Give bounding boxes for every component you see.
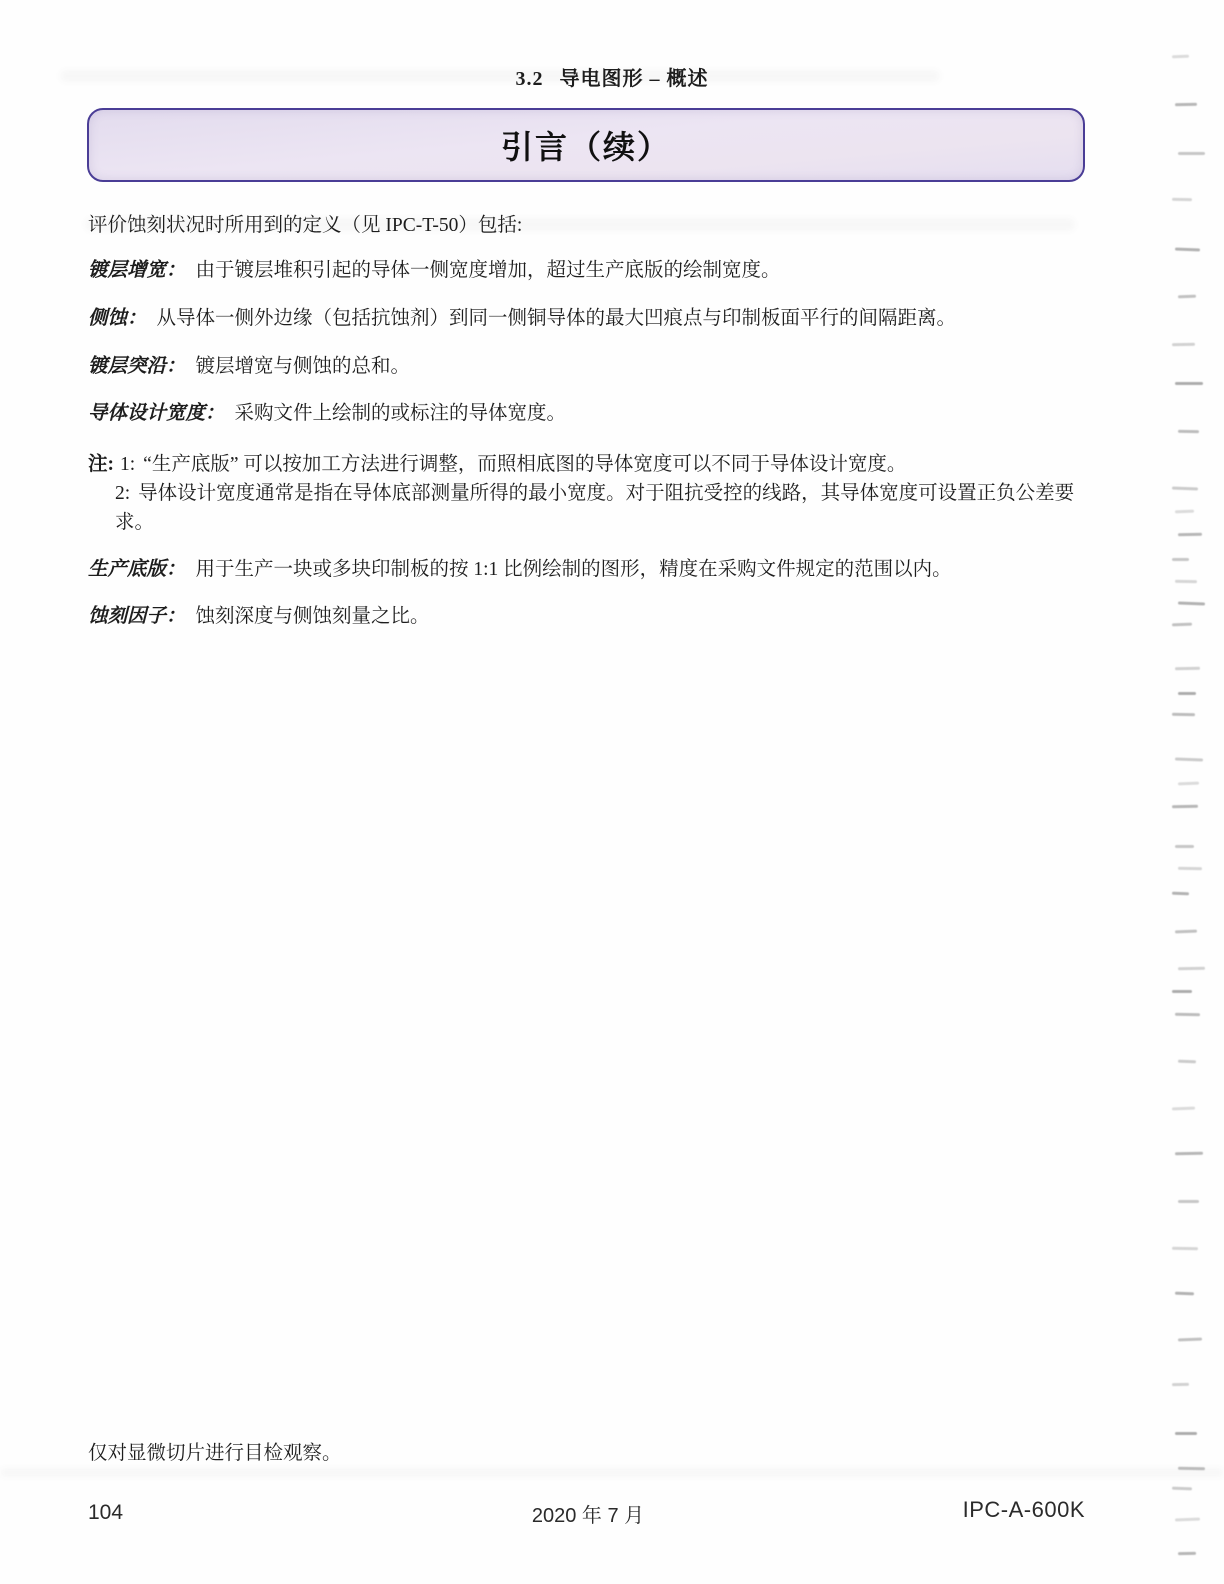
definition-term: 镀层增宽：: [88, 260, 186, 281]
section-number: 3.2: [516, 68, 544, 90]
page-edge-mark: [1175, 845, 1194, 848]
definition-plating-slivers: 镀层增宽：由于镀层堆积引起的导体一侧宽度增加，超过生产底版的绘制宽度。: [88, 256, 1090, 285]
page-edge-mark: [1178, 1060, 1196, 1064]
page-edge-mark: [1175, 580, 1197, 583]
note-block: 注:1:“生产底版” 可以按加工方法进行调整，而照相底图的导体宽度可以不同于导体…: [88, 450, 1090, 537]
page-edge-mark: [1178, 967, 1205, 971]
page-edge-mark: [1172, 1383, 1189, 1386]
page-edge-mark: [1178, 1467, 1205, 1471]
page-edge-mark: [1175, 757, 1203, 761]
page-edge-mark: [1172, 713, 1195, 716]
page-edge-mark: [1172, 990, 1192, 993]
page-edge-mark: [1172, 558, 1189, 561]
page-edge-mark: [1175, 1013, 1200, 1016]
definition-text: 用于生产一块或多块印制板的按 1:1 比例绘制的图形，精度在采购文件规定的范围以…: [196, 559, 952, 580]
note-item-number: 1:: [120, 454, 135, 475]
section-header: 3.2导电图形 – 概述: [0, 62, 1224, 91]
page-edge-mark: [1172, 1107, 1195, 1111]
definition-production-master: 生产底版：用于生产一块或多块印制板的按 1:1 比例绘制的图形，精度在采购文件规…: [88, 555, 1090, 584]
page-edge-mark: [1172, 1247, 1198, 1250]
definition-term: 蚀刻因子：: [88, 606, 186, 627]
definition-text: 从导体一侧外边缘（包括抗蚀剂）到同一侧铜导体的最大凹痕点与印制板面平行的间隔距离…: [157, 308, 957, 329]
page-edge-mark: [1175, 248, 1200, 252]
note-item-1: 注:1:“生产底版” 可以按加工方法进行调整，而照相底图的导体宽度可以不同于导体…: [88, 450, 1090, 479]
definition-term: 镀层突沿：: [88, 356, 186, 377]
page-edge-mark: [1172, 805, 1198, 808]
page-edge-mark: [1175, 1292, 1194, 1296]
page-edge-mark: [1175, 103, 1197, 106]
note-label: 注:: [88, 454, 114, 475]
page-edge-mark: [1178, 867, 1202, 870]
page-edge-mark: [1178, 601, 1205, 605]
definition-term: 导体设计宽度：: [88, 403, 225, 424]
page-edge-mark: [1178, 430, 1199, 433]
note-item-text: “生产底版” 可以按加工方法进行调整，而照相底图的导体宽度可以不同于导体设计宽度…: [143, 454, 906, 475]
page-edge-mark: [1175, 1152, 1203, 1156]
definition-etch-factor: 蚀刻因子：蚀刻深度与侧蚀刻量之比。: [88, 602, 1090, 631]
page-edge-mark: [1175, 667, 1200, 670]
page-edge-mark: [1172, 343, 1195, 346]
page-edge-mark: [1175, 1518, 1200, 1522]
note-item-number: 2:: [115, 483, 130, 504]
banner-title: 引言（续）: [501, 122, 671, 168]
page-edge-mark: [1172, 1487, 1192, 1491]
section-title: 导电图形 – 概述: [560, 68, 709, 90]
page-edge-mark: [1175, 510, 1194, 514]
definition-term: 侧蚀：: [88, 308, 147, 329]
page-edge-mark: [1178, 152, 1205, 155]
definition-text: 由于镀层堆积引起的导体一侧宽度增加，超过生产底版的绘制宽度。: [196, 260, 781, 281]
page-edge-mark: [1178, 1338, 1202, 1342]
note-item-text: 导体设计宽度通常是指在导体底部测量所得的最小宽度。对于阻抗受控的线路，其导体宽度…: [115, 483, 1074, 533]
page-edge-mark: [1178, 1552, 1196, 1555]
note-item-2: 2:导体设计宽度通常是指在导体底部测量所得的最小宽度。对于阻抗受控的线路，其导体…: [88, 479, 1090, 537]
footer-doc-id: IPC-A-600K: [963, 1497, 1085, 1523]
page-edge-mark: [1178, 295, 1196, 299]
definition-text: 镀层增宽与侧蚀的总和。: [196, 356, 411, 377]
page-edge-mark: [1175, 382, 1203, 385]
definition-outgrowth: 镀层突沿：镀层增宽与侧蚀的总和。: [88, 352, 1090, 381]
page-edge-mark: [1178, 1200, 1199, 1203]
definition-text: 采购文件上绘制的或标注的导体宽度。: [235, 403, 567, 424]
page-edge-mark: [1178, 692, 1196, 695]
page-edge-mark: [1175, 930, 1197, 934]
page-edge-mark: [1178, 533, 1202, 536]
title-banner: 引言（续）: [87, 108, 1085, 182]
page-edge-mark: [1172, 623, 1192, 627]
definition-term: 生产底版：: [88, 559, 186, 580]
page-edge-mark: [1178, 782, 1199, 786]
document-page: 3.2导电图形 – 概述 引言（续） 评价蚀刻状况时所用到的定义（见 IPC-T…: [0, 0, 1224, 1584]
intro-paragraph: 评价蚀刻状况时所用到的定义（见 IPC-T-50）包括:: [88, 211, 1090, 240]
page-edge-mark: [1172, 892, 1189, 896]
page-edge-mark: [1172, 198, 1192, 201]
definition-undercut: 侧蚀：从导体一侧外边缘（包括抗蚀剂）到同一侧铜导体的最大凹痕点与印制板面平行的间…: [88, 304, 1090, 333]
definition-text: 蚀刻深度与侧蚀刻量之比。: [196, 606, 430, 627]
page-edge-mark: [1172, 55, 1189, 59]
page-edge-mark: [1172, 487, 1198, 491]
scan-smudge: [0, 1468, 1224, 1477]
page-edge-mark: [1175, 1432, 1197, 1435]
bottom-note: 仅对显微切片进行目检观察。: [88, 1437, 342, 1465]
definition-design-width: 导体设计宽度：采购文件上绘制的或标注的导体宽度。: [88, 399, 1090, 428]
